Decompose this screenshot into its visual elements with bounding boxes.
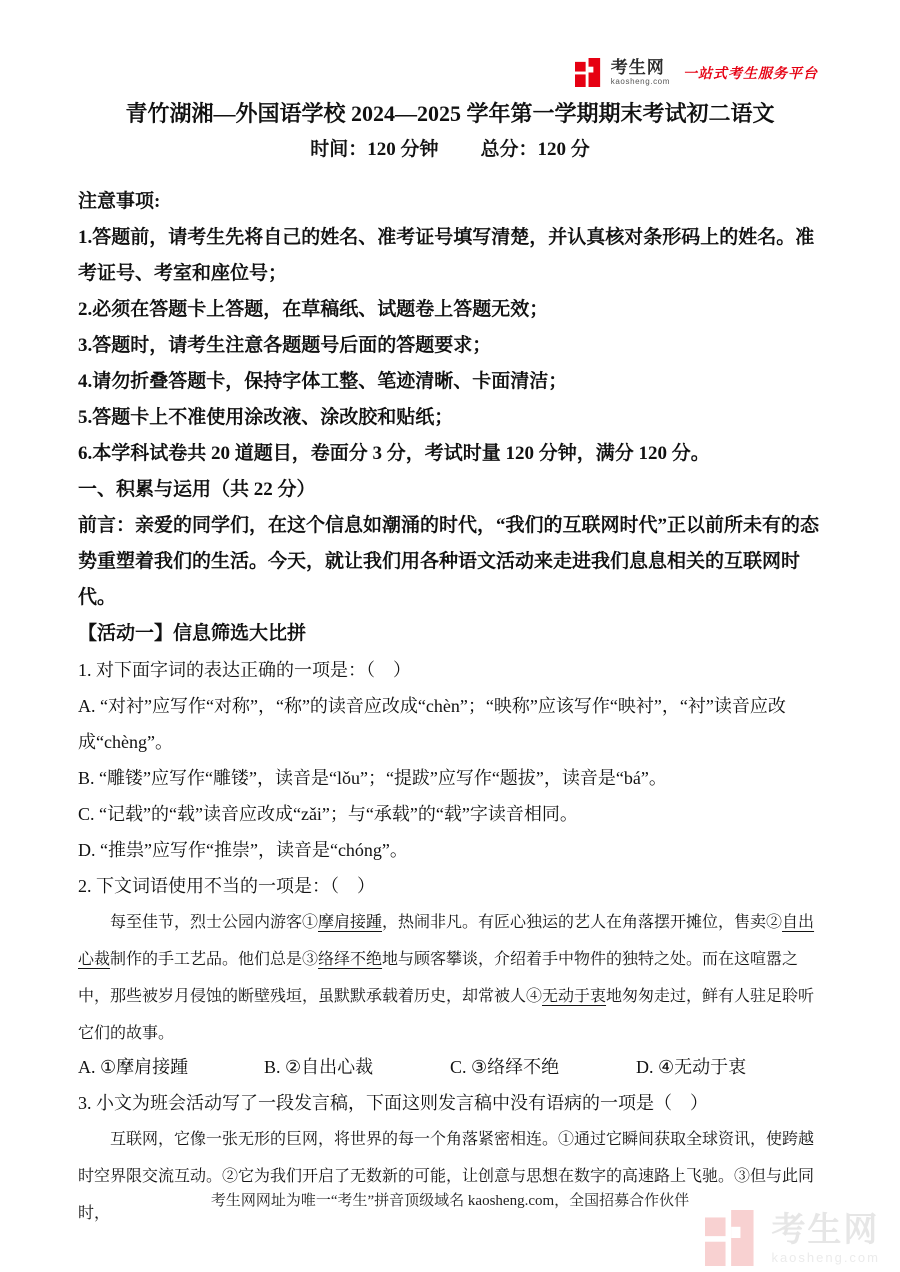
page-title: 青竹湖湘—外国语学校 2024—2025 学年第一学期期末考试初二语文 (78, 96, 822, 132)
q1-option-a: A. “对衬”应写作“对称”，“称”的读音应改成“chèn”；“映称”应该写作“… (78, 688, 822, 760)
notice-heading: 注意事项: (78, 184, 822, 220)
kaosheng-brand-header: 考生网 kaosheng.com 一站式考生服务平台 (575, 58, 818, 87)
q2-passage: 每至佳节，烈士公园内游客①摩肩接踵，热闹非凡。有匠心独运的艺人在角落摆开摊位，售… (78, 904, 822, 1052)
q1-stem: 1. 对下面字词的表达正确的一项是：（ ） (78, 652, 822, 688)
activity-heading: 【活动一】信息筛选大比拼 (78, 616, 822, 652)
watermark-domain: kaosheng.com (771, 1251, 880, 1264)
q1-option-d: D. “推祟”应写作“推崇”，读音是“chóng”。 (78, 832, 822, 868)
q2-option-d: D. ④无动于衷 (636, 1049, 822, 1085)
q2-option-b: B. ②自出心裁 (264, 1049, 450, 1085)
notice-item-3: 3.答题时，请考生注意各题题号后面的答题要求； (78, 328, 822, 364)
exam-total-score: 总分：120 分 (481, 132, 590, 168)
q2-options-row: A. ①摩肩接踵 B. ②自出心裁 C. ③络绎不绝 D. ④无动于衷 (78, 1049, 822, 1085)
notice-item-1: 1.答题前，请考生先将自己的姓名、准考证号填写清楚，并认真核对条形码上的姓名。准… (78, 220, 822, 292)
notice-item-4: 4.请勿折叠答题卡，保持字体工整、笔迹清晰、卡面清洁； (78, 364, 822, 400)
kaosheng-watermark: 考生网 kaosheng.com (705, 1210, 880, 1266)
watermark-brand-name: 考生网 (771, 1213, 880, 1247)
q3-stem: 3. 小文为班会活动写了一段发言稿，下面这则发言稿中没有语病的一项是（ ） (78, 1085, 822, 1121)
exam-meta: 时间：120 分钟总分：120 分 (78, 132, 822, 168)
exam-time: 时间：120 分钟 (310, 132, 438, 168)
notice-item-5: 5.答题卡上不准使用涂改液、涂改胶和贴纸； (78, 400, 822, 436)
q2-stem: 2. 下文词语使用不当的一项是：（ ） (78, 868, 822, 904)
section-heading: 一、积累与运用（共 22 分） (78, 472, 822, 508)
passage-text: 制作的手工艺品。他们总是③ (110, 951, 318, 968)
notice-item-6: 6.本学科试卷共 20 道题目，卷面分 3 分，考试时量 120 分钟，满分 1… (78, 436, 822, 472)
brand-text: 考生网 kaosheng.com (611, 59, 670, 86)
kaosheng-logo-icon (575, 58, 604, 87)
watermark-logo-icon (705, 1210, 761, 1266)
brand-slogan: 一站式考生服务平台 (683, 63, 818, 83)
document-body: 青竹湖湘—外国语学校 2024—2025 学年第一学期期末考试初二语文 时间：1… (0, 0, 900, 1232)
q2-option-c: C. ③络绎不绝 (450, 1049, 636, 1085)
underlined-idiom-4: 无动于衷 (542, 988, 606, 1005)
underlined-idiom-1: 摩肩接踵 (318, 914, 382, 931)
q1-option-c: C. “记载”的“载”读音应改成“zǎi”；与“承载”的“载”字读音相同。 (78, 796, 822, 832)
footer-note: 考生网网址为唯一“考生”拼音顶级域名 kaosheng.com，全国招募合作伙伴 (0, 1189, 900, 1210)
exam-paper-page: 考生网 kaosheng.com 一站式考生服务平台 青竹湖湘—外国语学校 20… (0, 0, 900, 1272)
passage-text: ，热闹非凡。有匠心独运的艺人在角落摆开摊位，售卖② (382, 914, 782, 931)
underlined-idiom-3: 络绎不绝 (318, 951, 382, 968)
section-preface: 前言：亲爱的同学们，在这个信息如潮涌的时代，“我们的互联网时代”正以前所未有的态… (78, 508, 822, 616)
q2-option-a: A. ①摩肩接踵 (78, 1049, 264, 1085)
passage-text: 每至佳节，烈士公园内游客① (110, 914, 318, 931)
notice-item-2: 2.必须在答题卡上答题，在草稿纸、试题卷上答题无效； (78, 292, 822, 328)
brand-domain: kaosheng.com (611, 78, 670, 86)
q1-option-b: B. “雕镂”应写作“雕镂”，读音是“lǒu”；“提跋”应写作“题拔”，读音是“… (78, 760, 822, 796)
watermark-text: 考生网 kaosheng.com (771, 1213, 880, 1264)
brand-name: 考生网 (611, 59, 670, 76)
